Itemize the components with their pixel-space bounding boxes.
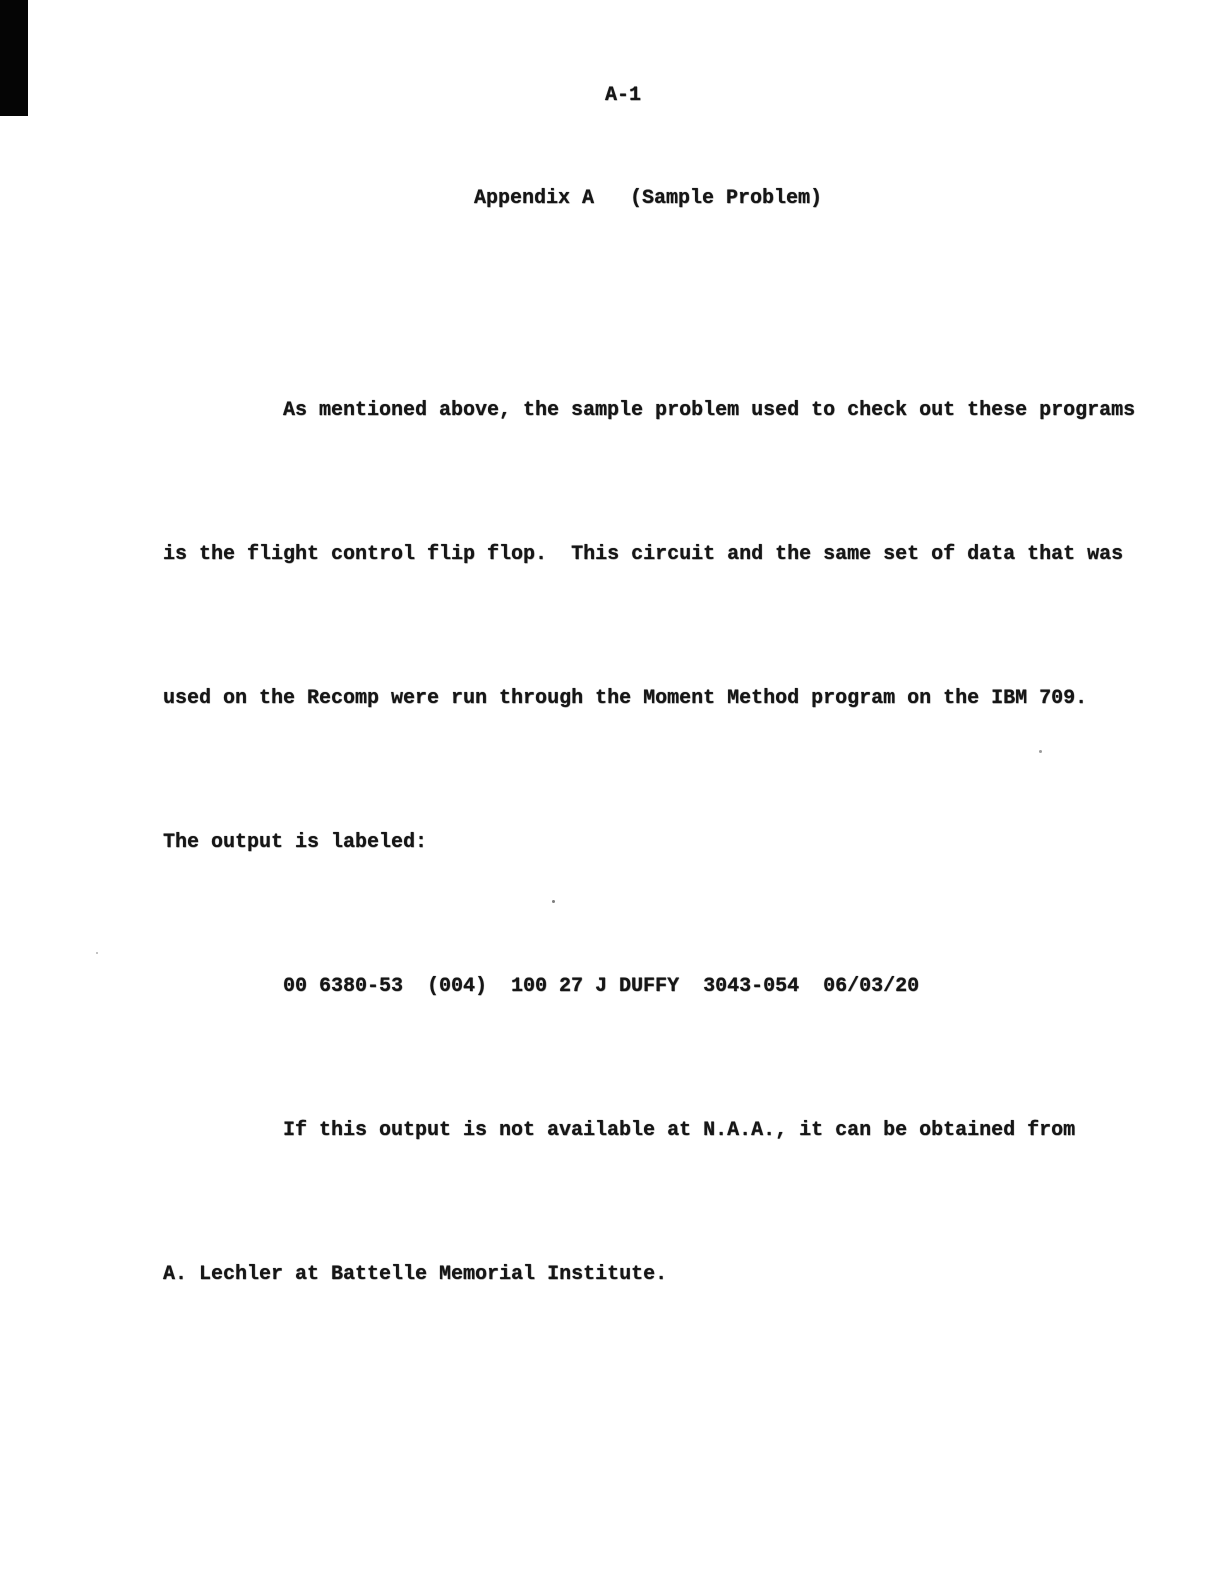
body-line-2: is the flight control flip flop. This ci… (163, 531, 1143, 579)
page-number: A-1 (605, 84, 641, 108)
scan-speck (552, 900, 555, 903)
scan-speck (96, 952, 98, 954)
body-line-7: A. Lechler at Battelle Memorial Institut… (163, 1251, 1143, 1299)
body-text-block: As mentioned above, the sample problem u… (163, 291, 1143, 1395)
body-line-4: The output is labeled: (163, 819, 1143, 867)
scanned-document-page: A-1 Appendix A (Sample Problem) As menti… (0, 0, 1224, 1584)
scan-artifact-bar (0, 0, 28, 116)
appendix-title: Appendix A (Sample Problem) (474, 186, 822, 212)
output-label-line: 00 6380-53 (004) 100 27 J DUFFY 3043-054… (163, 963, 1143, 1011)
scan-speck (1039, 750, 1042, 753)
body-line-3: used on the Recomp were run through the … (163, 675, 1143, 723)
body-line-1: As mentioned above, the sample problem u… (163, 387, 1143, 435)
body-line-6: If this output is not available at N.A.A… (163, 1107, 1143, 1155)
